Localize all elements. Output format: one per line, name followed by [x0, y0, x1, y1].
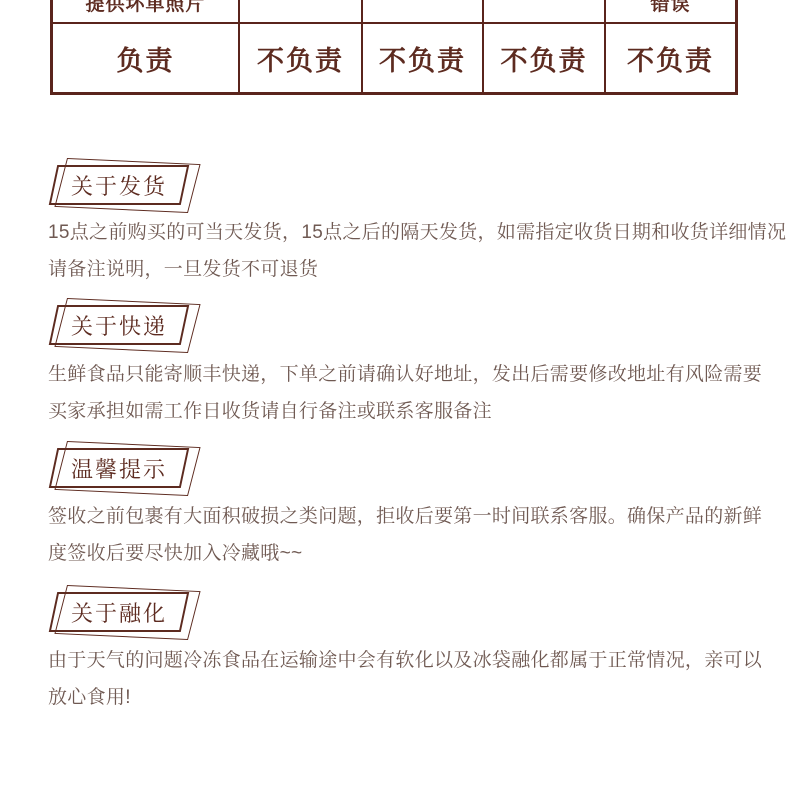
table-value-cell: 不负责: [238, 24, 361, 92]
table-value-cell: 不负责: [482, 24, 604, 92]
section-header-melting: 关于融化: [53, 592, 185, 632]
section-header-tips: 温馨提示: [53, 448, 185, 488]
table-value-cell: 不负责: [604, 24, 735, 92]
section-title: 温馨提示: [71, 453, 167, 484]
table-value-text: 不负责: [627, 39, 714, 78]
table-header-cell: 错误: [604, 0, 735, 22]
table-header-cell: [361, 0, 482, 22]
section-paragraph-melting: 由于天气的问题冷冻食品在运输途中会有软化以及冰袋融化都属于正常情况，亲可以 放心…: [48, 642, 750, 716]
paragraph-line: 度签收后要尽快加入冷藏哦~~: [48, 535, 750, 572]
responsibility-table: 提供坏单照片 错误 负责 不负责 不负责 不负责 不负责: [50, 0, 738, 95]
table-header-cell: [238, 0, 361, 22]
table-value-cell: 不负责: [361, 24, 482, 92]
paragraph-line: 由于天气的问题冷冻食品在运输途中会有软化以及冰袋融化都属于正常情况，亲可以: [48, 642, 750, 679]
table-value-text: 不负责: [257, 39, 344, 78]
table-header-text: 提供坏单照片: [85, 0, 205, 16]
table-value-cell: 负责: [53, 24, 238, 92]
section-title: 关于发货: [71, 170, 167, 201]
product-info-page: 提供坏单照片 错误 负责 不负责 不负责 不负责 不负责 关于发货 15点之前购…: [0, 0, 790, 805]
section-header-shipping: 关于发货: [53, 165, 185, 205]
table-header-row: 提供坏单照片 错误: [53, 0, 735, 24]
paragraph-line: 请备注说明，一旦发货不可退货: [48, 251, 750, 288]
table-value-text: 负责: [117, 39, 175, 78]
table-header-cell: [482, 0, 604, 22]
table-header-cell: 提供坏单照片: [53, 0, 238, 22]
section-paragraph-express: 生鲜食品只能寄顺丰快递，下单之前请确认好地址，发出后需要修改地址有风险需要 买家…: [48, 356, 750, 430]
section-paragraph-tips: 签收之前包裹有大面积破损之类问题，拒收后要第一时间联系客服。确保产品的新鲜 度签…: [48, 498, 750, 572]
table-header-text: 错误: [650, 0, 690, 16]
paragraph-line: 生鲜食品只能寄顺丰快递，下单之前请确认好地址，发出后需要修改地址有风险需要: [48, 356, 750, 393]
section-header-express: 关于快递: [53, 305, 185, 345]
section-paragraph-shipping: 15点之前购买的可当天发货，15点之后的隔天发货，如需指定收货日期和收货详细情况…: [48, 214, 750, 288]
table-value-text: 不负责: [379, 39, 466, 78]
paragraph-line: 15点之前购买的可当天发货，15点之后的隔天发货，如需指定收货日期和收货详细情况: [48, 214, 750, 251]
table-value-text: 不负责: [501, 39, 588, 78]
table-value-row: 负责 不负责 不负责 不负责 不负责: [53, 24, 735, 92]
paragraph-line: 放心食用!: [48, 679, 750, 716]
paragraph-line: 签收之前包裹有大面积破损之类问题，拒收后要第一时间联系客服。确保产品的新鲜: [48, 498, 750, 535]
section-title: 关于快递: [71, 310, 167, 341]
paragraph-line: 买家承担如需工作日收货请自行备注或联系客服备注: [48, 393, 750, 430]
section-title: 关于融化: [71, 597, 167, 628]
